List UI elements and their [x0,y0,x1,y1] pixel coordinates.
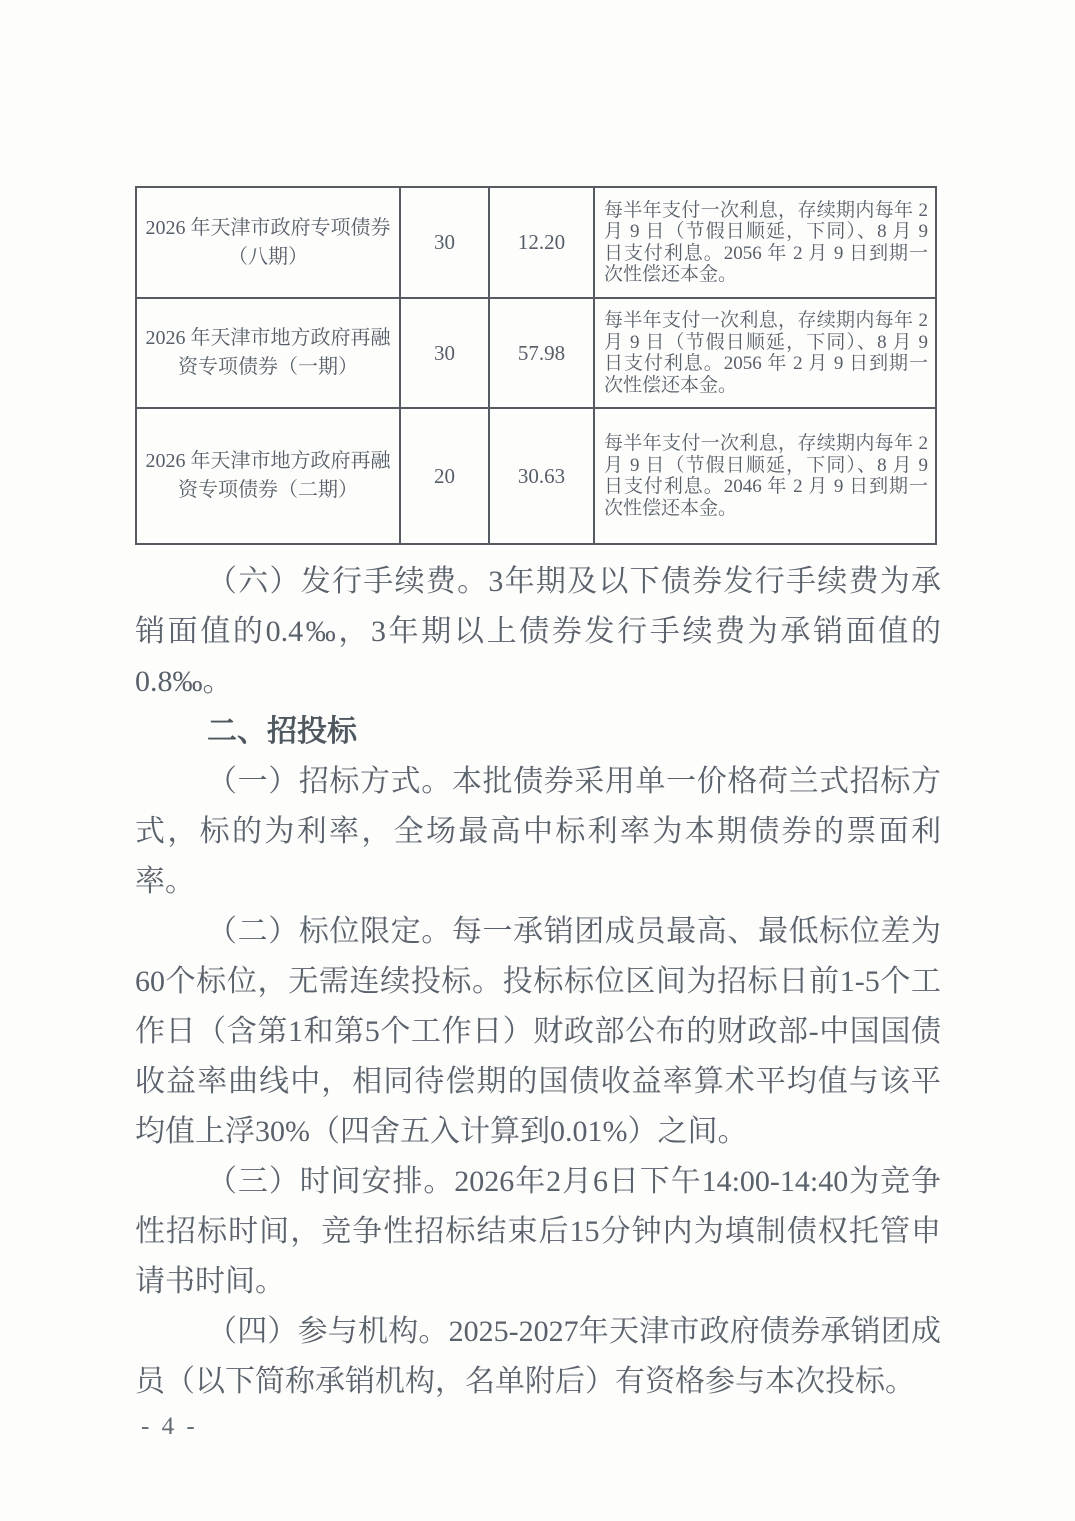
paragraph-bidding-method: （一）招标方式。本批债券采用单一价格荷兰式招标方式，标的为利率，全场最高中标利率… [135,757,941,907]
bond-name-line: 2026 年天津市地方政府再融 [141,324,395,353]
bond-term-cell: 20 [400,408,489,544]
bond-amount-cell: 30.63 [489,408,594,544]
table-row: 2026 年天津市地方政府再融 资专项债券（一期） 30 57.98 每半年支付… [136,298,936,408]
bond-amount-cell: 12.20 [489,187,594,298]
paragraph-bid-range: （二）标位限定。每一承销团成员最高、最低标位差为60个标位，无需连续投标。投标标… [135,907,941,1157]
bond-name-line: （八期） [141,243,395,272]
bond-name-line: 资专项债券（一期） [141,353,395,382]
body-text: （六）发行手续费。3年期及以下债券发行手续费为承销面值的0.4‰，3年期以上债券… [135,557,941,1407]
bond-interest-cell: 每半年支付一次利息，存续期内每年 2 月 9 日（节假日顺延，下同）、8 月 9… [594,187,936,298]
bond-issuance-table: 2026 年天津市政府专项债券 （八期） 30 12.20 每半年支付一次利息，… [135,186,937,545]
bond-term-cell: 30 [400,298,489,408]
bond-interest-cell: 每半年支付一次利息，存续期内每年 2 月 9 日（节假日顺延，下同）、8 月 9… [594,298,936,408]
bond-name-line: 资专项债券（二期） [141,476,395,505]
bond-name-cell: 2026 年天津市地方政府再融 资专项债券（二期） [136,408,400,544]
bond-name-line: 2026 年天津市政府专项债券 [141,214,395,243]
section-heading-bidding: 二、招投标 [135,707,941,757]
document-page: 2026 年天津市政府专项债券 （八期） 30 12.20 每半年支付一次利息，… [0,0,1075,1521]
bond-name-line: 2026 年天津市地方政府再融 [141,447,395,476]
bond-name-cell: 2026 年天津市地方政府再融 资专项债券（一期） [136,298,400,408]
bond-amount-cell: 57.98 [489,298,594,408]
table-row: 2026 年天津市政府专项债券 （八期） 30 12.20 每半年支付一次利息，… [136,187,936,298]
bond-name-cell: 2026 年天津市政府专项债券 （八期） [136,187,400,298]
bond-interest-cell: 每半年支付一次利息，存续期内每年 2 月 9 日（节假日顺延，下同）、8 月 9… [594,408,936,544]
bond-term-cell: 30 [400,187,489,298]
paragraph-issuance-fee: （六）发行手续费。3年期及以下债券发行手续费为承销面值的0.4‰，3年期以上债券… [135,557,941,707]
paragraph-participants: （四）参与机构。2025-2027年天津市政府债券承销团成员（以下简称承销机构，… [135,1307,941,1407]
table-row: 2026 年天津市地方政府再融 资专项债券（二期） 20 30.63 每半年支付… [136,408,936,544]
paragraph-schedule: （三）时间安排。2026年2月6日下午14:00-14:40为竞争性招标时间，竞… [135,1157,941,1307]
page-number: - 4 - [141,1413,198,1441]
